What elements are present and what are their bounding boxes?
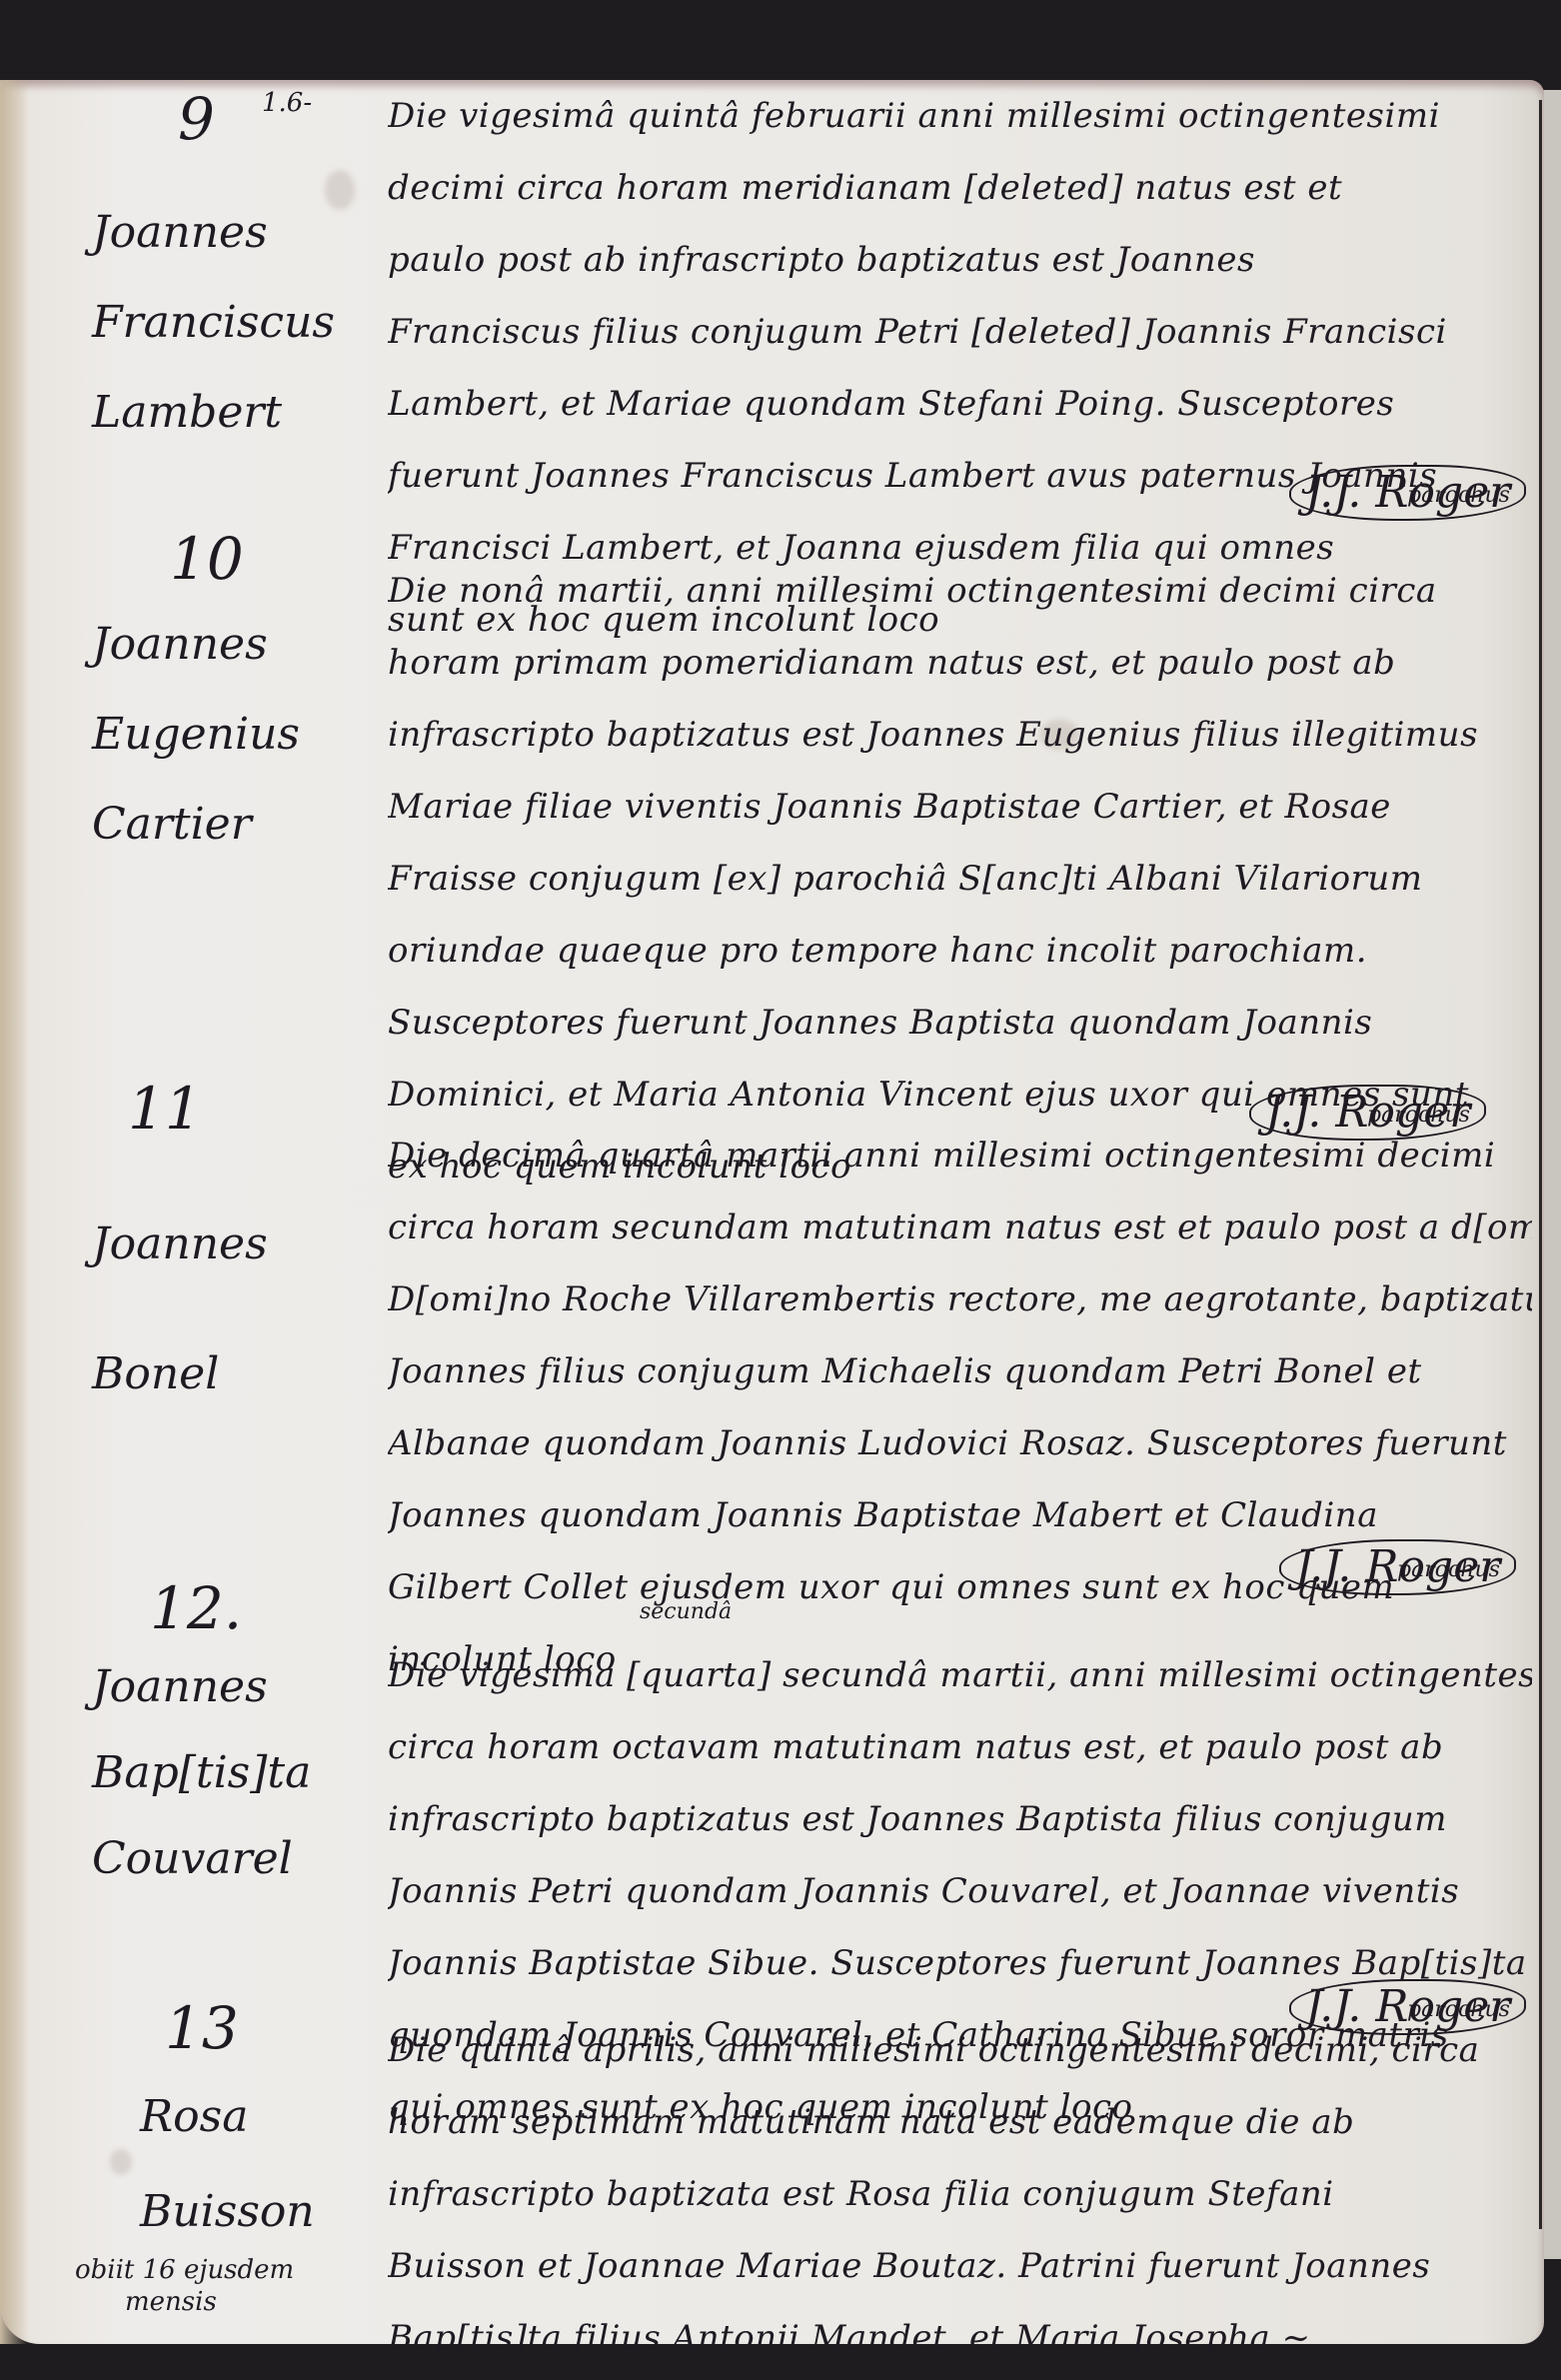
surname: Buisson [140,2164,420,2259]
second-name: Eugenius [92,690,372,780]
entry-number: 11 [128,1080,202,1138]
register-entry-10: 10 Joannes Eugenius Cartier Die nonâ mar… [0,530,1539,1130]
text-line: Joannis Petri quondam Joannis Couvarel, … [388,1855,1532,1927]
text-line: Franciscus filius conjugum Petri [delete… [388,296,1532,368]
interlinear-correction: secundâ [640,1599,732,1624]
register-entry-12: 12. Joannes Bap[tis]ta Couvarel Die vige… [0,1579,1539,2039]
surname: Cartier [92,780,372,870]
text-line: Die quintâ aprilis, anni millesimi octin… [388,2014,1532,2086]
death-note-line: obiit 16 ejusdem [75,2254,294,2286]
entry-text: Die quintâ aprilis, anni millesimi octin… [388,2014,1532,2374]
margin-baptized-name: Joannes Eugenius Cartier [92,600,372,870]
text-line: Fraisse conjugum [ex] parochiâ S[anc]ti … [388,843,1532,915]
text-line: Joannes filius conjugum Michaelis quonda… [388,1335,1532,1407]
register-entry-13: 13 Rosa Buisson obiit 16 ejusdem mensis … [0,1999,1539,2344]
register-entry-9: 9 Joannes Franciscus Lambert Die vigesim… [0,80,1539,540]
text-line: Susceptores fuerunt Joannes Baptista quo… [388,987,1532,1059]
text-line: oriundae quaeque pro tempore hanc incoli… [388,915,1532,987]
text-line: infrascripto baptizatus est Joannes Euge… [388,699,1532,771]
second-name: Bap[tis]ta [92,1730,372,1816]
text-line: Die vigesimâ quintâ februarii anni mille… [388,80,1532,152]
margin-baptized-name: Joannes Franciscus Lambert [92,188,372,458]
text-line: infrascripto baptizatus est Joannes Bapt… [388,1783,1532,1855]
death-note-line: mensis [75,2286,294,2318]
text-line: Buisson et Joannae Mariae Boutaz. Patrin… [388,2230,1532,2302]
text-line: Bap[tis]ta filius Antonii Mandet, et Mar… [388,2302,1532,2374]
given-name: Joannes [92,600,372,690]
page-margin-rule [1539,100,1542,2229]
second-name: Franciscus [92,278,372,368]
surname: Lambert [92,368,372,458]
text-line: horam septimam matutinam nata est eademq… [388,2086,1532,2158]
text-line: circa horam octavam matutinam natus est,… [388,1711,1532,1783]
margin-baptized-name: Rosa Buisson [140,2069,420,2259]
surname: Bonel [92,1309,372,1439]
margin-baptized-name: Joannes Bap[tis]ta Couvarel [92,1644,372,1902]
text-line: Die vigesima [quarta] secundâ martii, an… [388,1639,1532,1711]
text-line: Albanae quondam Joannis Ludovici Rosaz. … [388,1407,1532,1479]
text-line: infrascripto baptizata est Rosa filia co… [388,2158,1532,2230]
surname: Couvarel [92,1816,372,1902]
text-line: circa horam secundam matutinam natus est… [388,1191,1532,1263]
given-name: Joannes [92,1180,372,1309]
signature-title: parochus [1407,485,1510,507]
entry-number: 12. [150,1579,242,1637]
text-line: Mariae filiae viventis Joannis Baptistae… [388,771,1532,843]
text-line: decimi circa horam meridianam [deleted] … [388,152,1532,224]
text-line: D[omi]no Roche Villarembertis rectore, m… [388,1263,1532,1335]
margin-baptized-name: Joannes Bonel [92,1180,372,1439]
death-annotation: obiit 16 ejusdem mensis [75,2254,294,2318]
given-name: Joannes [92,1644,372,1730]
entry-number: 9 [178,90,215,148]
text-line: paulo post ab infrascripto baptizatus es… [388,224,1532,296]
given-name: Joannes [92,188,372,278]
entry-number: 13 [165,1999,239,2057]
text-line: Die decimâ quartâ martii anni millesimi … [388,1120,1532,1191]
text-line: Die nonâ martii, anni millesimi octingen… [388,555,1532,627]
text-line: Lambert, et Mariae quondam Stefani Poing… [388,368,1532,440]
given-name: Rosa [140,2069,420,2164]
register-page: 1.6- 9 Joannes Franciscus Lambert Die vi… [0,80,1544,2344]
signature-title: parochus [1397,1559,1500,1581]
priest-signature: J.J. Roger parochus [1289,465,1526,521]
register-entry-11: 11 Joannes Bonel Die decimâ quartâ marti… [0,1080,1539,1609]
entry-number: 10 [170,530,244,588]
adjacent-page-edge [1542,90,1561,2259]
text-line: horam primam pomeridianam natus est, et … [388,627,1532,699]
